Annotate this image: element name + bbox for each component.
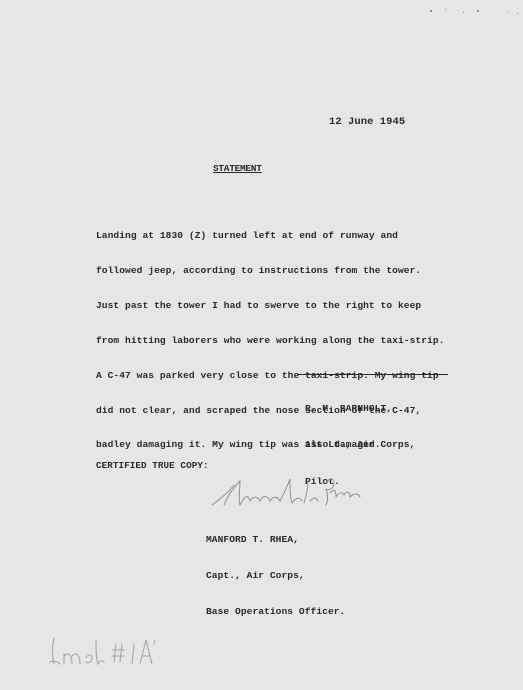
paper-speck xyxy=(430,10,432,12)
certifier-rank: Capt., Air Corps, xyxy=(206,570,345,582)
paper-speck xyxy=(445,9,446,10)
body-line: followed jeep, according to instructions… xyxy=(96,265,444,277)
certifier-name: MANFORD T. RHEA, xyxy=(206,534,345,546)
paper-speck xyxy=(508,12,509,13)
body-line: Landing at 1830 (Z) turned left at end o… xyxy=(96,230,444,242)
signature-line xyxy=(297,374,448,375)
body-line: Just past the tower I had to swerve to t… xyxy=(96,300,444,312)
certifier-role: Base Operations Officer. xyxy=(206,606,345,618)
certification-label: CERTIFIED TRUE COPY: xyxy=(96,460,209,472)
body-line: from hitting laborers who were working a… xyxy=(96,335,444,347)
document-page: 12 June 1945 STATEMENT Landing at 1830 (… xyxy=(0,0,523,690)
signatory-name: R. M. BARNHOLT, xyxy=(305,403,415,415)
certifier-block: MANFORD T. RHEA, Capt., Air Corps, Base … xyxy=(206,510,345,642)
handwritten-note-icon xyxy=(48,632,158,668)
signatory-rank: 1st Lt., Air Corps, xyxy=(305,439,415,451)
paper-speck xyxy=(477,10,479,12)
paper-speck xyxy=(463,12,464,13)
document-date: 12 June 1945 xyxy=(329,117,405,129)
handwritten-signature-icon xyxy=(210,475,370,515)
paper-speck xyxy=(517,13,518,14)
document-title: STATEMENT xyxy=(213,163,262,175)
